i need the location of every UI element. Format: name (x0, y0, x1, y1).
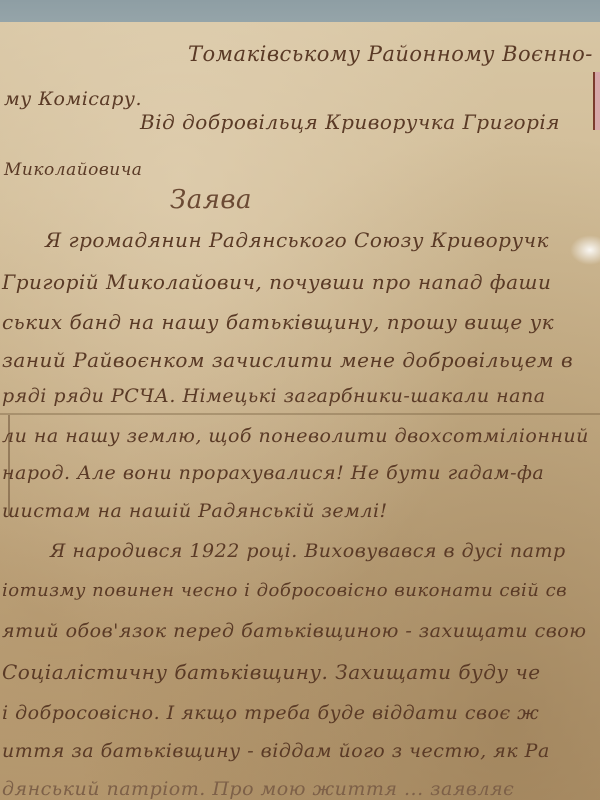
body-line-7: народ. Але вони прорахувалися! Не бути г… (2, 462, 544, 484)
red-edge-marker (593, 72, 600, 130)
body-line-15: дянський патріот. Про мою життя ... заяв… (2, 778, 514, 800)
body-line-8: шистам на нашій Радянській землі! (2, 500, 388, 522)
body-line-6: ли на нашу землю, щоб поневолити двохсот… (2, 425, 589, 447)
light-glare (570, 235, 600, 265)
document-title: Заява (170, 185, 252, 215)
body-line-14: иття за батьківщину - віддам його з чест… (2, 740, 550, 762)
body-line-12: Соціалістичну батьківщину. Захищати буду… (2, 660, 541, 684)
body-line-4: заний Райвоєнком зачислити мене добровіл… (2, 348, 573, 372)
paper-fold-horizontal (0, 413, 600, 415)
body-line-10: іотизму повинен чесно і добросовісно вик… (2, 580, 567, 601)
body-line-9: Я народився 1922 році. Виховувався в дус… (50, 540, 566, 562)
from-line-2: Миколайовича (4, 160, 142, 180)
body-line-11: ятий обов'язок перед батьківщиною - захи… (2, 620, 586, 642)
from-line-1: Від добровільця Криворучка Григорія (140, 110, 560, 134)
body-line-2: Григорій Миколайович, почувши про напад … (2, 270, 551, 294)
body-line-5: рядi ряди РСЧА. Німецькі загарбники-шака… (2, 385, 546, 407)
body-line-13: і добросовісно. І якщо треба буде віддат… (2, 702, 539, 724)
body-line-1: Я громадянин Радянського Союзу Криворучк (45, 228, 549, 252)
addressee-line-2: му Комісару. (4, 88, 142, 110)
body-line-3: ських банд на нашу батьківщину, прошу ви… (2, 310, 554, 334)
addressee-line-1: Томаківському Районному Воєнно- (188, 42, 593, 66)
